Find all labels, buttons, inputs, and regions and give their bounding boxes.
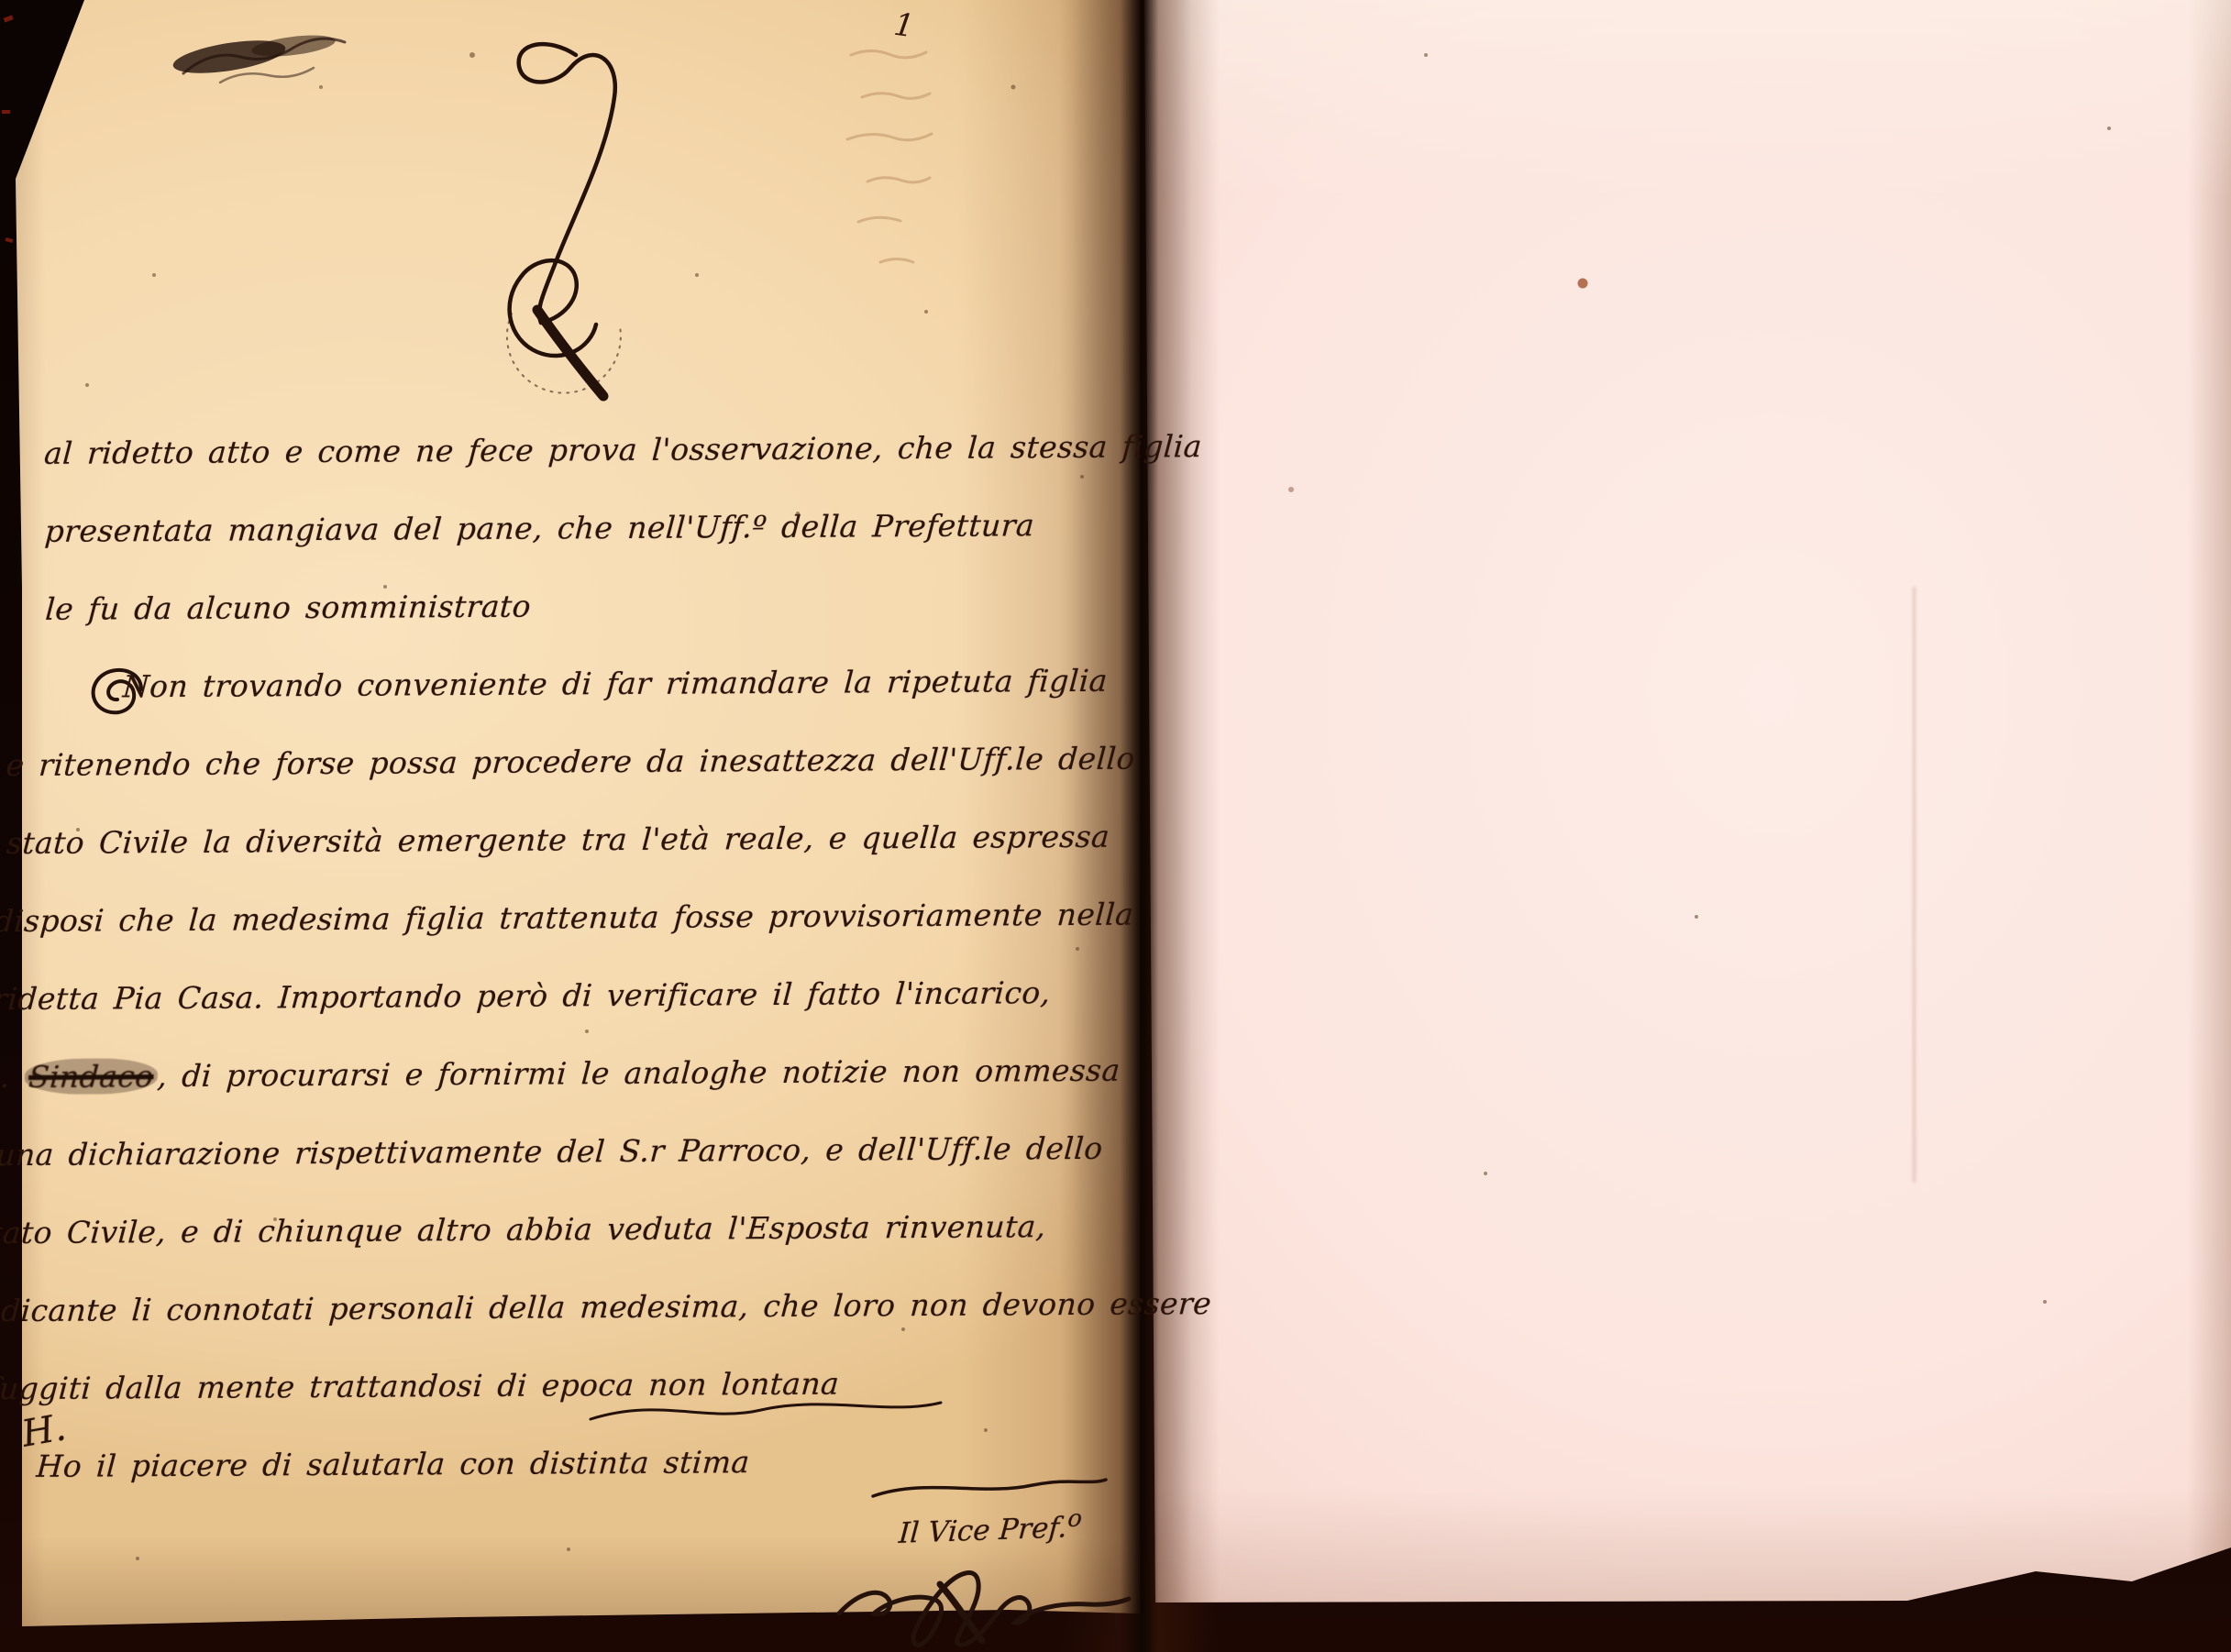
edge-marks [2, 15, 14, 243]
fox-stain [1578, 279, 1588, 289]
scanned-letter: 1 al ridetto atto e come ne fece prova l… [0, 0, 2231, 1652]
fox-stain [1288, 487, 1294, 492]
paper-specks [0, 0, 2231, 1652]
